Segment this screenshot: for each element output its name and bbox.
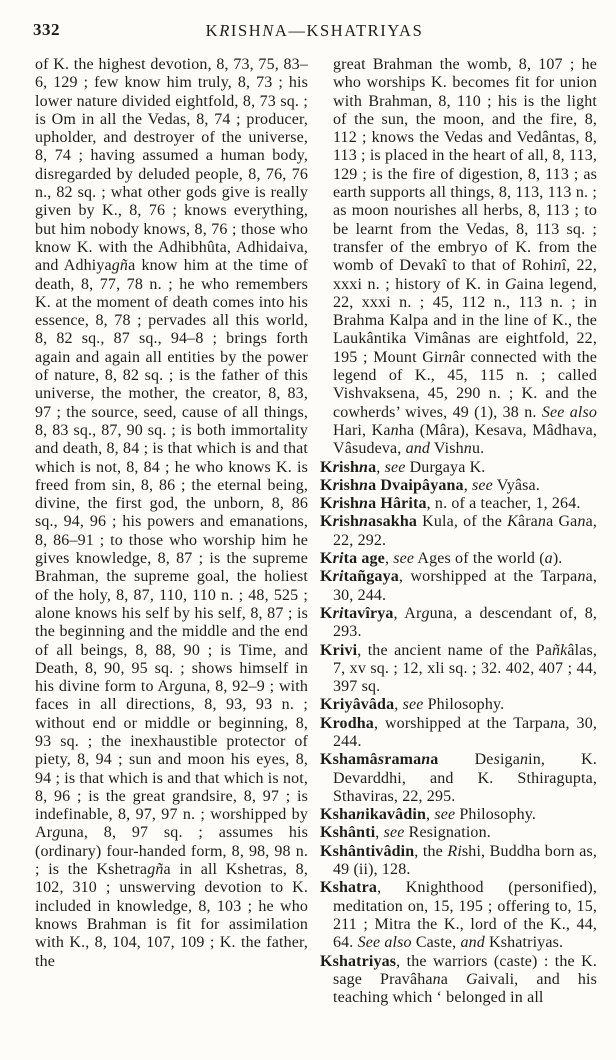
index-entry: Kriyâvâda, see Philosophy. <box>320 696 597 714</box>
page-title: KRISHNA—KSHATRIYAS <box>73 21 556 41</box>
right-column: great Brahman the womb, 8, 107 ; he who … <box>320 56 597 1060</box>
page-header: 332 KRISHNA—KSHATRIYAS <box>33 20 596 44</box>
index-entry: Kshanikavâdin, see Philosophy. <box>320 806 597 824</box>
book-page: 332 KRISHNA—KSHATRIYAS of K. the highest… <box>0 0 616 1060</box>
index-entry: Krivi, the ancient name of the Pañkâlas,… <box>320 642 597 697</box>
index-entry: Krishna, see Durgaya K. <box>320 459 597 477</box>
index-entry: Kritañgaya, worshipped at the Tarpana, 3… <box>320 568 597 605</box>
page-number: 332 <box>33 20 60 40</box>
index-entry: Krishna Hârita, n. of a teacher, 1, 264. <box>320 495 597 513</box>
index-entry: Krishna Dvaipâyana, see Vyâsa. <box>320 477 597 495</box>
index-entry: Kshânti, see Resignation. <box>320 824 597 842</box>
index-entry: Kritavîrya, Arguna, a descendant of, 8, … <box>320 605 597 642</box>
index-entry: Kshamâsramana Desiganin, K. Devarddhi, a… <box>320 751 597 806</box>
index-entry: great Brahman the womb, 8, 107 ; he who … <box>320 56 597 459</box>
text-columns: of K. the highest devotion, 8, 73, 75, 8… <box>35 56 597 1060</box>
index-entry: Krishnasakha Kula, of the Kârana Gana, 2… <box>320 513 597 550</box>
index-entry: of K. the highest devotion, 8, 73, 75, 8… <box>35 56 308 971</box>
left-column: of K. the highest devotion, 8, 73, 75, 8… <box>35 56 308 1060</box>
index-entry: Krita age, see Ages of the world (a). <box>320 550 597 568</box>
index-entry: Kshatra, Knighthood (personified), medit… <box>320 879 597 952</box>
index-entry: Kshântivâdin, the Rishi, Buddha born as,… <box>320 843 597 880</box>
index-entry: Krodha, worshipped at the Tarpana, 30, 2… <box>320 715 597 752</box>
index-entry: Kshatriyas, the warriors (caste) : the K… <box>320 953 597 1008</box>
